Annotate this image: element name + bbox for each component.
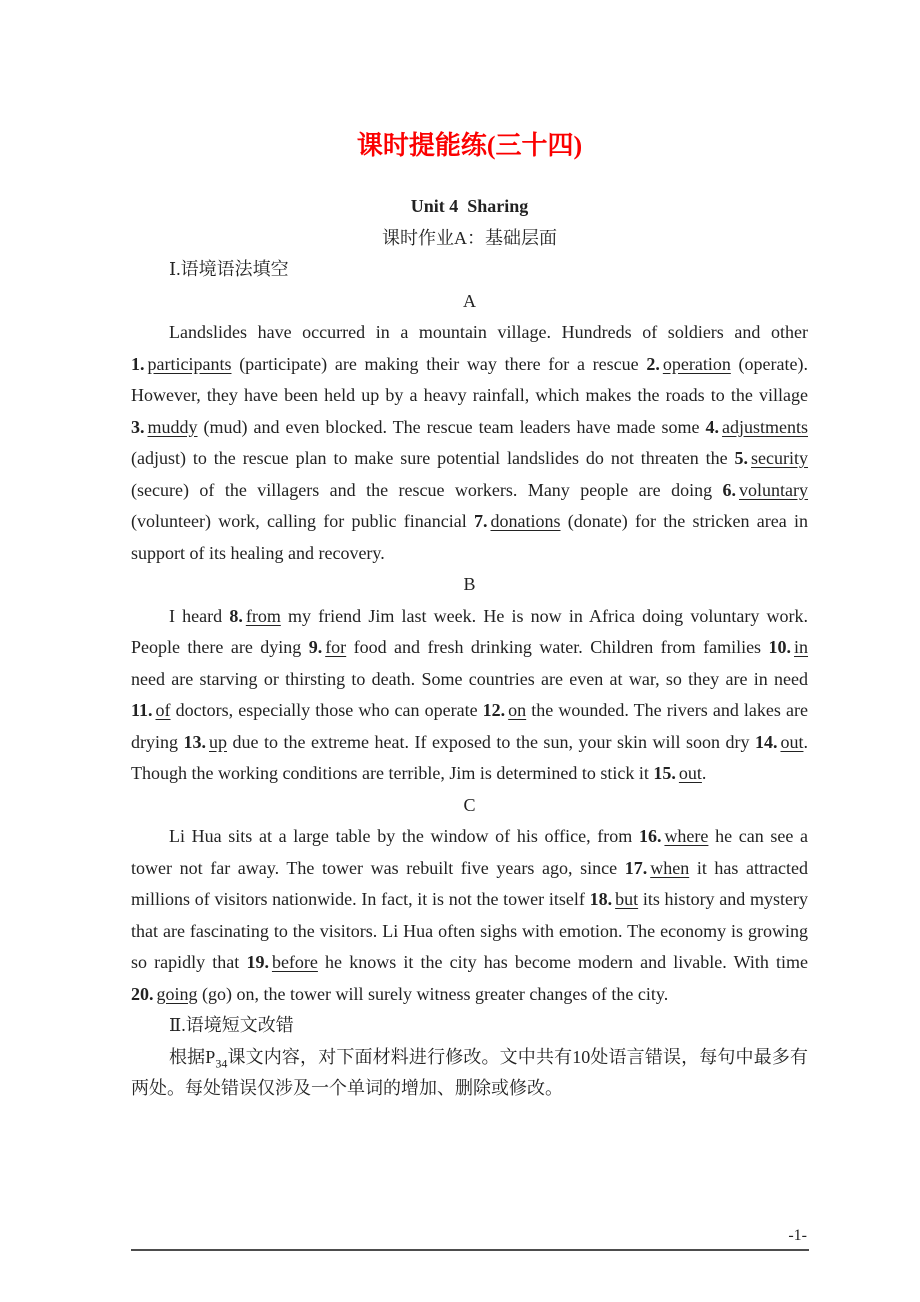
blank-3: 3.muddy <box>131 417 198 437</box>
section1-heading: Ⅰ.语境语法填空 <box>131 254 808 286</box>
blank-number: 7. <box>474 511 488 531</box>
blank-answer: when <box>650 858 689 878</box>
blank-answer: but <box>615 889 638 909</box>
page-number: -1- <box>131 1224 809 1248</box>
blank-answer: before <box>272 952 318 972</box>
blank-answer: on <box>508 700 526 720</box>
text-run: . <box>702 763 707 783</box>
blank-2: 2.operation <box>646 354 730 374</box>
blank-number: 14. <box>755 732 778 752</box>
blank-number: 17. <box>625 858 648 878</box>
blank-answer: where <box>664 826 708 846</box>
text-run: (participate) are making their way there… <box>231 354 646 374</box>
blank-answer: for <box>325 637 346 657</box>
passages-container: ALandslides have occurred in a mountain … <box>131 286 808 1011</box>
blank-answer: security <box>751 448 808 468</box>
passage-text-C: Li Hua sits at a large table by the wind… <box>131 821 808 1010</box>
text-run: need are starving or thirsting to death.… <box>131 669 808 689</box>
blank-number: 16. <box>639 826 662 846</box>
text-run: doctors, especially those who can operat… <box>171 700 483 720</box>
blank-number: 4. <box>706 417 720 437</box>
page-footer: -1- <box>131 1224 809 1251</box>
blank-16: 16.where <box>639 826 708 846</box>
blank-12: 12.on <box>483 700 527 720</box>
text-run: I heard <box>169 606 229 626</box>
blank-number: 15. <box>653 763 676 783</box>
blank-6: 6.voluntary <box>723 480 809 500</box>
blank-number: 9. <box>309 637 323 657</box>
footer-divider <box>131 1249 809 1251</box>
blank-number: 6. <box>723 480 737 500</box>
blank-answer: out <box>679 763 702 783</box>
blank-5: 5.security <box>735 448 808 468</box>
blank-18: 18.but <box>590 889 639 909</box>
section2-instruction: 根据P34课文内容，对下面材料进行修改。文中共有10处语言错误，每句中最多有两处… <box>131 1042 808 1105</box>
text-run: due to the extreme heat. If exposed to t… <box>227 732 755 752</box>
passage-label-C: C <box>131 790 808 822</box>
text-run: (volunteer) work, calling for public fin… <box>131 511 474 531</box>
blank-14: 14.out <box>755 732 804 752</box>
blank-20: 20.going <box>131 984 198 1004</box>
text-run: Li Hua sits at a large table by the wind… <box>169 826 639 846</box>
blank-number: 13. <box>184 732 207 752</box>
blank-9: 9.for <box>309 637 347 657</box>
blank-1: 1.participants <box>131 354 231 374</box>
blank-number: 5. <box>735 448 749 468</box>
blank-answer: voluntary <box>739 480 808 500</box>
blank-number: 2. <box>646 354 660 374</box>
text-run: (secure) of the villagers and the rescue… <box>131 480 723 500</box>
blank-number: 18. <box>590 889 613 909</box>
blank-19: 19.before <box>246 952 317 972</box>
blank-13: 13.up <box>184 732 228 752</box>
blank-number: 8. <box>229 606 243 626</box>
blank-answer: from <box>246 606 281 626</box>
blank-answer: going <box>157 984 198 1004</box>
doc-body: Unit 4 Sharing 课时作业A：基础层面 Ⅰ.语境语法填空 ALand… <box>131 191 808 1105</box>
blank-answer: adjustments <box>722 417 808 437</box>
blank-answer: up <box>209 732 227 752</box>
text-run: he knows it the city has become modern a… <box>318 952 808 972</box>
blank-answer: of <box>156 700 171 720</box>
blank-number: 10. <box>769 637 792 657</box>
blank-7: 7.donations <box>474 511 561 531</box>
blank-number: 3. <box>131 417 145 437</box>
blank-10: 10.in <box>769 637 809 657</box>
blank-number: 11. <box>131 700 153 720</box>
blank-answer: donations <box>491 511 561 531</box>
text-run: (mud) and even blocked. The rescue team … <box>198 417 706 437</box>
blank-number: 20. <box>131 984 154 1004</box>
blank-11: 11.of <box>131 700 171 720</box>
blank-answer: muddy <box>148 417 198 437</box>
passage-label-A: A <box>131 286 808 318</box>
blank-answer: out <box>780 732 803 752</box>
blank-number: 19. <box>246 952 269 972</box>
blank-17: 17.when <box>625 858 690 878</box>
text-run: 根据P <box>169 1047 215 1067</box>
blank-number: 12. <box>483 700 506 720</box>
text-run: (adjust) to the rescue plan to make sure… <box>131 448 735 468</box>
text-run: Landslides have occurred in a mountain v… <box>169 322 808 342</box>
section2-heading: Ⅱ.语境短文改错 <box>131 1010 808 1042</box>
blank-8: 8.from <box>229 606 281 626</box>
passage-label-B: B <box>131 569 808 601</box>
blank-4: 4.adjustments <box>706 417 809 437</box>
doc-title: 课时提能练(三十四) <box>131 130 808 162</box>
blank-answer: operation <box>663 354 731 374</box>
blank-answer: participants <box>148 354 232 374</box>
homework-level-line: 课时作业A：基础层面 <box>131 223 808 255</box>
passage-text-A: Landslides have occurred in a mountain v… <box>131 317 808 569</box>
text-run: food and fresh drinking water. Children … <box>346 637 768 657</box>
blank-number: 1. <box>131 354 145 374</box>
blank-15: 15.out <box>653 763 702 783</box>
text-run: (go) on, the tower will surely witness g… <box>198 984 669 1004</box>
document-page: 课时提能练(三十四) Unit 4 Sharing 课时作业A：基础层面 Ⅰ.语… <box>0 0 920 1302</box>
subscript-text: 34 <box>215 1056 227 1070</box>
unit-title: Unit 4 Sharing <box>131 191 808 223</box>
passage-text-B: I heard 8.from my friend Jim last week. … <box>131 601 808 790</box>
blank-answer: in <box>794 637 808 657</box>
text-run: 课文内容，对下面材料进行修改。文中共有10处语言错误，每句中最多有两处。每处错误… <box>131 1047 808 1099</box>
